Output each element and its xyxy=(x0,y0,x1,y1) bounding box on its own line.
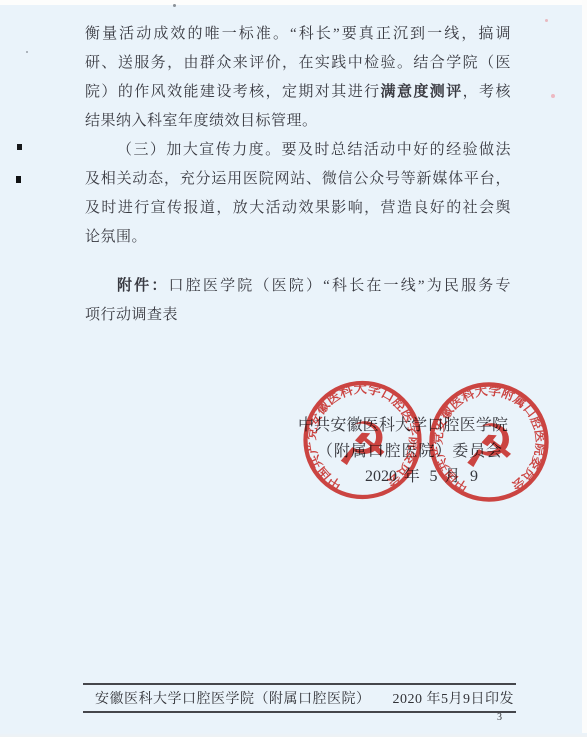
body-line: 及时进行宣传报道，放大活动效果影响，营造良好的社会舆 xyxy=(85,194,511,223)
attachment-title: 口腔医学院（医院）“科长在一线”为民服务专 xyxy=(169,278,511,294)
attachment-block: 附件：口腔医学院（医院）“科长在一线”为民服务专 项行动调查表 xyxy=(85,272,511,330)
signature-org-line2: （附属口腔医院）委员会 xyxy=(317,442,502,462)
emphasized-text: 满意度测评 xyxy=(381,84,463,100)
body-line: 衡量活动成效的唯一标准。“科长”要真正沉到一线，搞调 xyxy=(85,20,511,49)
ink-speck xyxy=(551,94,555,98)
attachment-label: 附件： xyxy=(117,278,169,294)
body-text-segment: ，考核 xyxy=(463,84,511,100)
ink-speck xyxy=(26,51,28,53)
scan-edge-bottom xyxy=(0,733,587,737)
body-line: 院）的作风效能建设考核，定期对其进行满意度测评，考核 xyxy=(85,78,511,107)
footer-print-date: 2020 年5月9日印发 xyxy=(393,688,517,708)
colophon-footer: 安徽医科大学口腔医学院（附属口腔医院） 2020 年5月9日印发 xyxy=(83,683,516,713)
attachment-line: 项行动调查表 xyxy=(85,301,511,330)
signature-org-line1: 中共安徽医科大学口腔医学院 xyxy=(298,416,508,436)
body-line: （三）加大宣传力度。要及时总结活动中好的经验做法 xyxy=(85,136,511,165)
body-line: 论氛围。 xyxy=(85,223,511,252)
attachment-line: 附件：口腔医学院（医院）“科长在一线”为民服务专 xyxy=(85,272,511,301)
ink-speck xyxy=(545,19,548,22)
ink-speck xyxy=(173,4,176,7)
ink-speck xyxy=(16,176,21,183)
body-text-segment: 院）的作风效能建设考核，定期对其进行 xyxy=(85,84,381,100)
ink-speck xyxy=(17,144,22,150)
footer-publisher: 安徽医科大学口腔医学院（附属口腔医院） xyxy=(83,688,371,708)
signature-date: 2020 年 5 月 9 日 xyxy=(365,467,478,487)
scan-edge-right xyxy=(582,0,587,737)
body-line: 结果纳入科室年度绩效目标管理。 xyxy=(85,107,511,136)
body-line: 及相关动态，充分运用医院网站、微信公众号等新媒体平台， xyxy=(85,165,511,194)
document-body: 衡量活动成效的唯一标准。“科长”要真正沉到一线，搞调 研、送服务，由群众来评价，… xyxy=(85,20,511,330)
body-line: 研、送服务，由群众来评价，在实践中检验。结合学院（医 xyxy=(85,49,511,78)
page-number: 3 xyxy=(497,712,502,723)
scan-edge-top xyxy=(0,0,587,5)
scanned-document-page: 衡量活动成效的唯一标准。“科长”要真正沉到一线，搞调 研、送服务，由群众来评价，… xyxy=(0,0,587,737)
